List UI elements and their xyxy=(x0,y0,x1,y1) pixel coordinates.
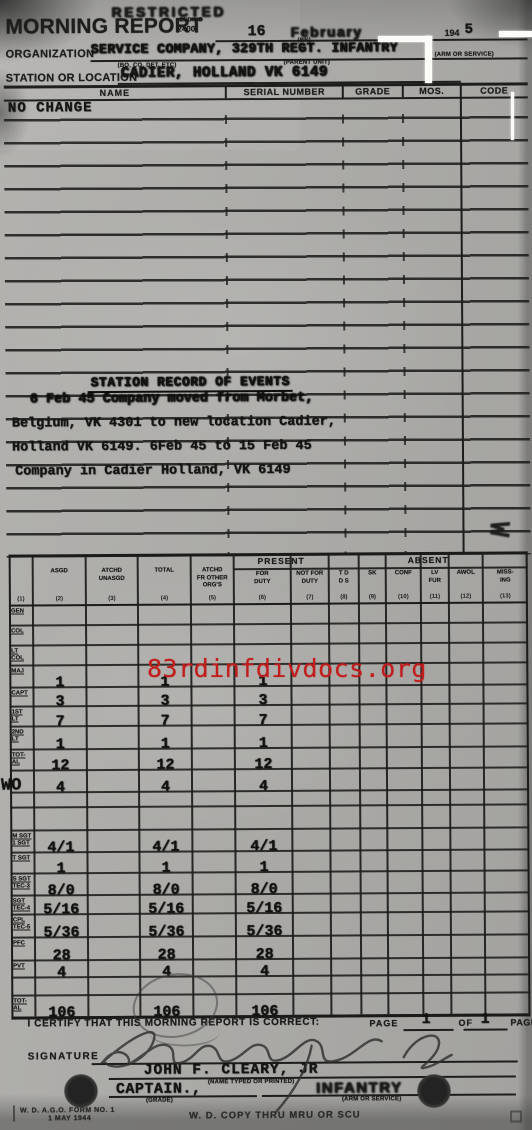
strength-row: M SGT 1 SGT4/14/14/1 xyxy=(10,828,529,853)
row-label: GEN xyxy=(11,608,33,615)
column-label: ATCHD FR OTHER ORG'S xyxy=(191,567,234,590)
strength-column-header: CONF(10) xyxy=(386,555,421,602)
strength-row: 2ND LT111 xyxy=(10,724,529,750)
row-label: SGT TEC-4 xyxy=(13,898,35,912)
roster-col-name: NAME xyxy=(4,87,226,98)
events-line-3: Holland VK 6149. 6Feb 45 to 15 Feb 45 xyxy=(12,439,312,456)
strength-column-header: ATCHD UNASGD(3) xyxy=(86,557,138,604)
footer-checkbox xyxy=(510,1110,522,1122)
column-number: (6) xyxy=(234,595,291,601)
organization-label: ORGANIZATION xyxy=(6,48,95,61)
roster-header-divider xyxy=(402,84,404,97)
column-label: FOR DUTY xyxy=(234,571,291,586)
handwritten-signature xyxy=(73,1015,494,1128)
column-label: ASGD xyxy=(33,568,86,576)
ending-value: 2400 xyxy=(177,24,195,33)
column-label: CONF xyxy=(386,570,421,578)
row-label: TOT- AL xyxy=(13,998,35,1012)
column-label: AWOL xyxy=(449,570,483,578)
strength-column-header: (1) xyxy=(9,557,33,604)
column-label: SK xyxy=(359,570,386,578)
roster-col-serial: SERIAL NUMBER xyxy=(226,87,343,98)
column-number: (8) xyxy=(329,594,359,600)
row-label: COL xyxy=(11,628,33,635)
row-label: S SGT TEC-3 xyxy=(13,876,35,890)
events-line-2: Belgium, VK 4301 to new location Cadier, xyxy=(12,415,336,432)
strength-column-header: AWOL(12) xyxy=(449,555,483,602)
column-label: MISS- ING xyxy=(483,569,528,584)
row-label: 2ND LT xyxy=(12,729,34,743)
column-label: TOTAL xyxy=(138,567,191,575)
strength-column-header: LV FUR(11) xyxy=(421,555,449,602)
strength-column-header: ATCHD FR OTHER ORG'S(5) xyxy=(191,556,234,603)
column-number: (5) xyxy=(191,595,234,601)
roster-col-code: CODE xyxy=(461,85,528,95)
column-number: (3) xyxy=(86,596,138,602)
roster-col-grade: GRADE xyxy=(343,86,403,96)
date-year-digit: 5 xyxy=(464,22,473,38)
column-number: (2) xyxy=(33,596,86,602)
strength-column-header: TOTAL(4) xyxy=(138,556,191,603)
row-label: TOT- AL xyxy=(12,752,34,766)
strength-table: PRESENTABSENT(1)ASGD(2)ATCHD UNASGD(3)TO… xyxy=(9,551,531,1019)
strength-column-header: ASGD(2) xyxy=(33,557,86,604)
form-margin-tick xyxy=(13,1106,15,1122)
column-number: (4) xyxy=(138,595,191,601)
column-label: LV FUR xyxy=(421,570,449,585)
column-number: (9) xyxy=(359,594,386,600)
station-value: CADIER, HOLLAND VK 6149 xyxy=(121,65,328,82)
pages-label: PAGES xyxy=(510,1017,532,1027)
row-label: MAJ xyxy=(11,668,33,675)
row-label: 1ST LT xyxy=(12,709,34,723)
ending-label: ENDING xyxy=(179,17,202,23)
strength-row: PFC282828 xyxy=(11,935,530,961)
column-label: T D D S xyxy=(329,570,359,585)
organization-value: SERVICE COMPANY, 329TH REGT. INFANTRY xyxy=(90,41,397,58)
column-number: (12) xyxy=(449,594,483,600)
row-label: CAPT xyxy=(11,690,33,697)
date-day: 16 xyxy=(247,23,265,40)
row-label: LT COL xyxy=(11,648,33,662)
row-label: PVT xyxy=(13,963,35,970)
events-line-1: 6 Feb 45 Company moved from Morbet, xyxy=(30,391,314,408)
row-label: PFC xyxy=(13,940,35,947)
whiteout-mark xyxy=(425,36,432,83)
events-line-4: Company in Cadier Holland, VK 6149 xyxy=(15,463,291,480)
date-year-printed: 194 xyxy=(444,28,459,38)
whiteout-mark xyxy=(378,36,432,42)
code-handwritten-mark: W xyxy=(481,521,515,538)
morning-report-scan: RESTRICTED MORNING REPORT ENDING 2400 16… xyxy=(0,0,532,1130)
column-number: (11) xyxy=(421,594,449,600)
column-number: (10) xyxy=(386,594,421,600)
strength-column-header: FOR DUTY(6) xyxy=(234,556,291,603)
roster-col-mos: MOS. xyxy=(403,86,461,96)
strength-row xyxy=(10,805,529,831)
punch-hole-left xyxy=(64,1074,98,1108)
strength-row: WO444 xyxy=(10,768,529,793)
column-label: NOT FOR DUTY xyxy=(291,571,329,586)
strength-column-header: SK(9) xyxy=(359,555,386,602)
row-label: M SGT 1 SGT xyxy=(12,833,34,847)
strength-column-header: T D D S(8) xyxy=(329,555,359,602)
whiteout-mark xyxy=(499,31,532,37)
column-label: ATCHD UNASGD xyxy=(86,568,138,583)
arm-service-sublabel: (ARM OR SERVICE) xyxy=(435,52,494,58)
watermark: 83rdinfdivdocs.org xyxy=(147,654,427,683)
row-label: T SGT xyxy=(12,855,34,862)
strength-column-header: MISS- ING(13) xyxy=(483,554,528,601)
row-label: CPL TEC-5 xyxy=(13,917,35,931)
column-number: (7) xyxy=(291,595,329,601)
strength-row: CPL TEC-55/365/365/36 xyxy=(11,912,530,938)
form-title: MORNING REPORT xyxy=(5,14,203,39)
strength-row: S SGT TEC-38/08/08/0 xyxy=(11,871,530,896)
roster-header-divider xyxy=(342,85,344,98)
whiteout-mark xyxy=(511,92,514,140)
roster-ruled-lines xyxy=(4,96,531,557)
roster-entry: NO CHANGE xyxy=(8,100,93,117)
column-number: (1) xyxy=(9,596,33,602)
strength-column-header: NOT FOR DUTY(7) xyxy=(291,556,329,603)
column-number: (13) xyxy=(483,593,528,599)
roster-header-divider xyxy=(225,85,227,98)
punch-hole-right xyxy=(417,1074,451,1108)
